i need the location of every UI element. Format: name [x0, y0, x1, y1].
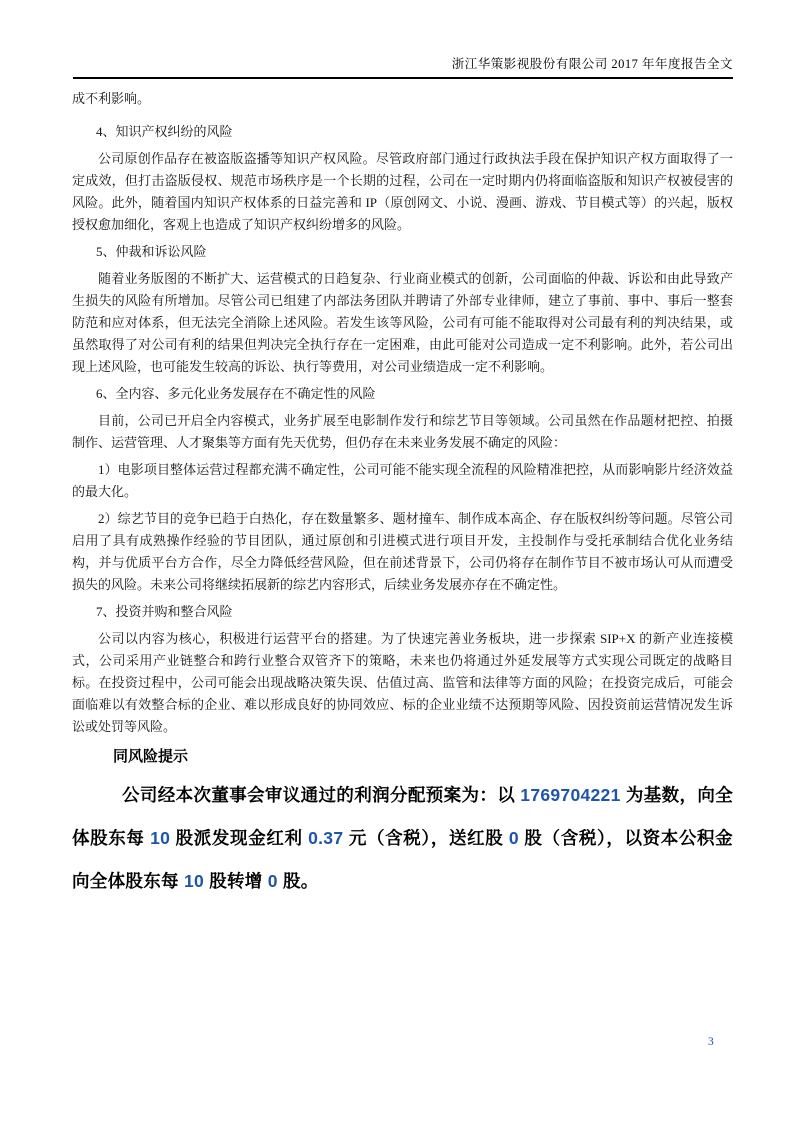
- dividend-number: 0: [268, 871, 278, 891]
- page-number: 3: [708, 1036, 714, 1048]
- dividend-section: 同风险提示 公司经本次董事会审议通过的利润分配预案为：以 1769704221 …: [72, 746, 733, 903]
- section-heading: 6、全内容、多元化业务发展存在不确定性的风险: [72, 383, 733, 405]
- dividend-number: 0.37: [308, 828, 343, 848]
- body-paragraph: 1）电影项目整体运营过程都充满不确定性，公司可能不能实现全流程的风险精准把控，从…: [72, 459, 733, 503]
- section-heading: 5、仲裁和诉讼风险: [72, 241, 733, 263]
- body-paragraph: 成不利影响。: [72, 88, 733, 110]
- risk-sections: 成不利影响。4、知识产权纠纷的风险公司原创作品存在被盗版盗播等知识产权风险。尽管…: [72, 88, 733, 738]
- body-paragraph: 目前，公司已开启全内容模式，业务扩展至电影制作发行和综艺节目等领域。公司虽然在作…: [72, 410, 733, 454]
- header-divider: [73, 77, 733, 79]
- section-heading: 4、知识产权纠纷的风险: [72, 121, 733, 143]
- body-paragraph: 2）综艺节目的竞争已趋于白热化，存在数量繁多、题材撞车、制作成本高企、存在版权纠…: [72, 508, 733, 596]
- dividend-number: 10: [150, 828, 170, 848]
- body-paragraph: 随着业务版图的不断扩大、运营模式的日趋复杂、行业商业模式的创新，公司面临的仲裁、…: [72, 268, 733, 378]
- dividend-number: 10: [184, 871, 204, 891]
- report-page: 浙江华策影视股份有限公司 2017 年年度报告全文 成不利影响。4、知识产权纠纷…: [0, 0, 793, 1122]
- section-heading: 7、投资并购和整合风险: [72, 601, 733, 623]
- body-paragraph: 公司以内容为核心，积极进行运营平台的搭建。为了快速完善业务板块，进一步探索 SI…: [72, 628, 733, 738]
- report-body: 成不利影响。4、知识产权纠纷的风险公司原创作品存在被盗版盗播等知识产权风险。尽管…: [72, 88, 733, 903]
- page-header-title: 浙江华策影视股份有限公司 2017 年年度报告全文: [73, 56, 733, 72]
- dividend-paragraph: 公司经本次董事会审议通过的利润分配预案为：以 1769704221 为基数，向全…: [72, 774, 733, 903]
- dividend-heading: 同风险提示: [72, 746, 733, 768]
- dividend-number: 1769704221: [520, 785, 620, 805]
- dividend-number: 0: [509, 828, 519, 848]
- body-paragraph: 公司原创作品存在被盗版盗播等知识产权风险。尽管政府部门通过行政执法手段在保护知识…: [72, 148, 733, 236]
